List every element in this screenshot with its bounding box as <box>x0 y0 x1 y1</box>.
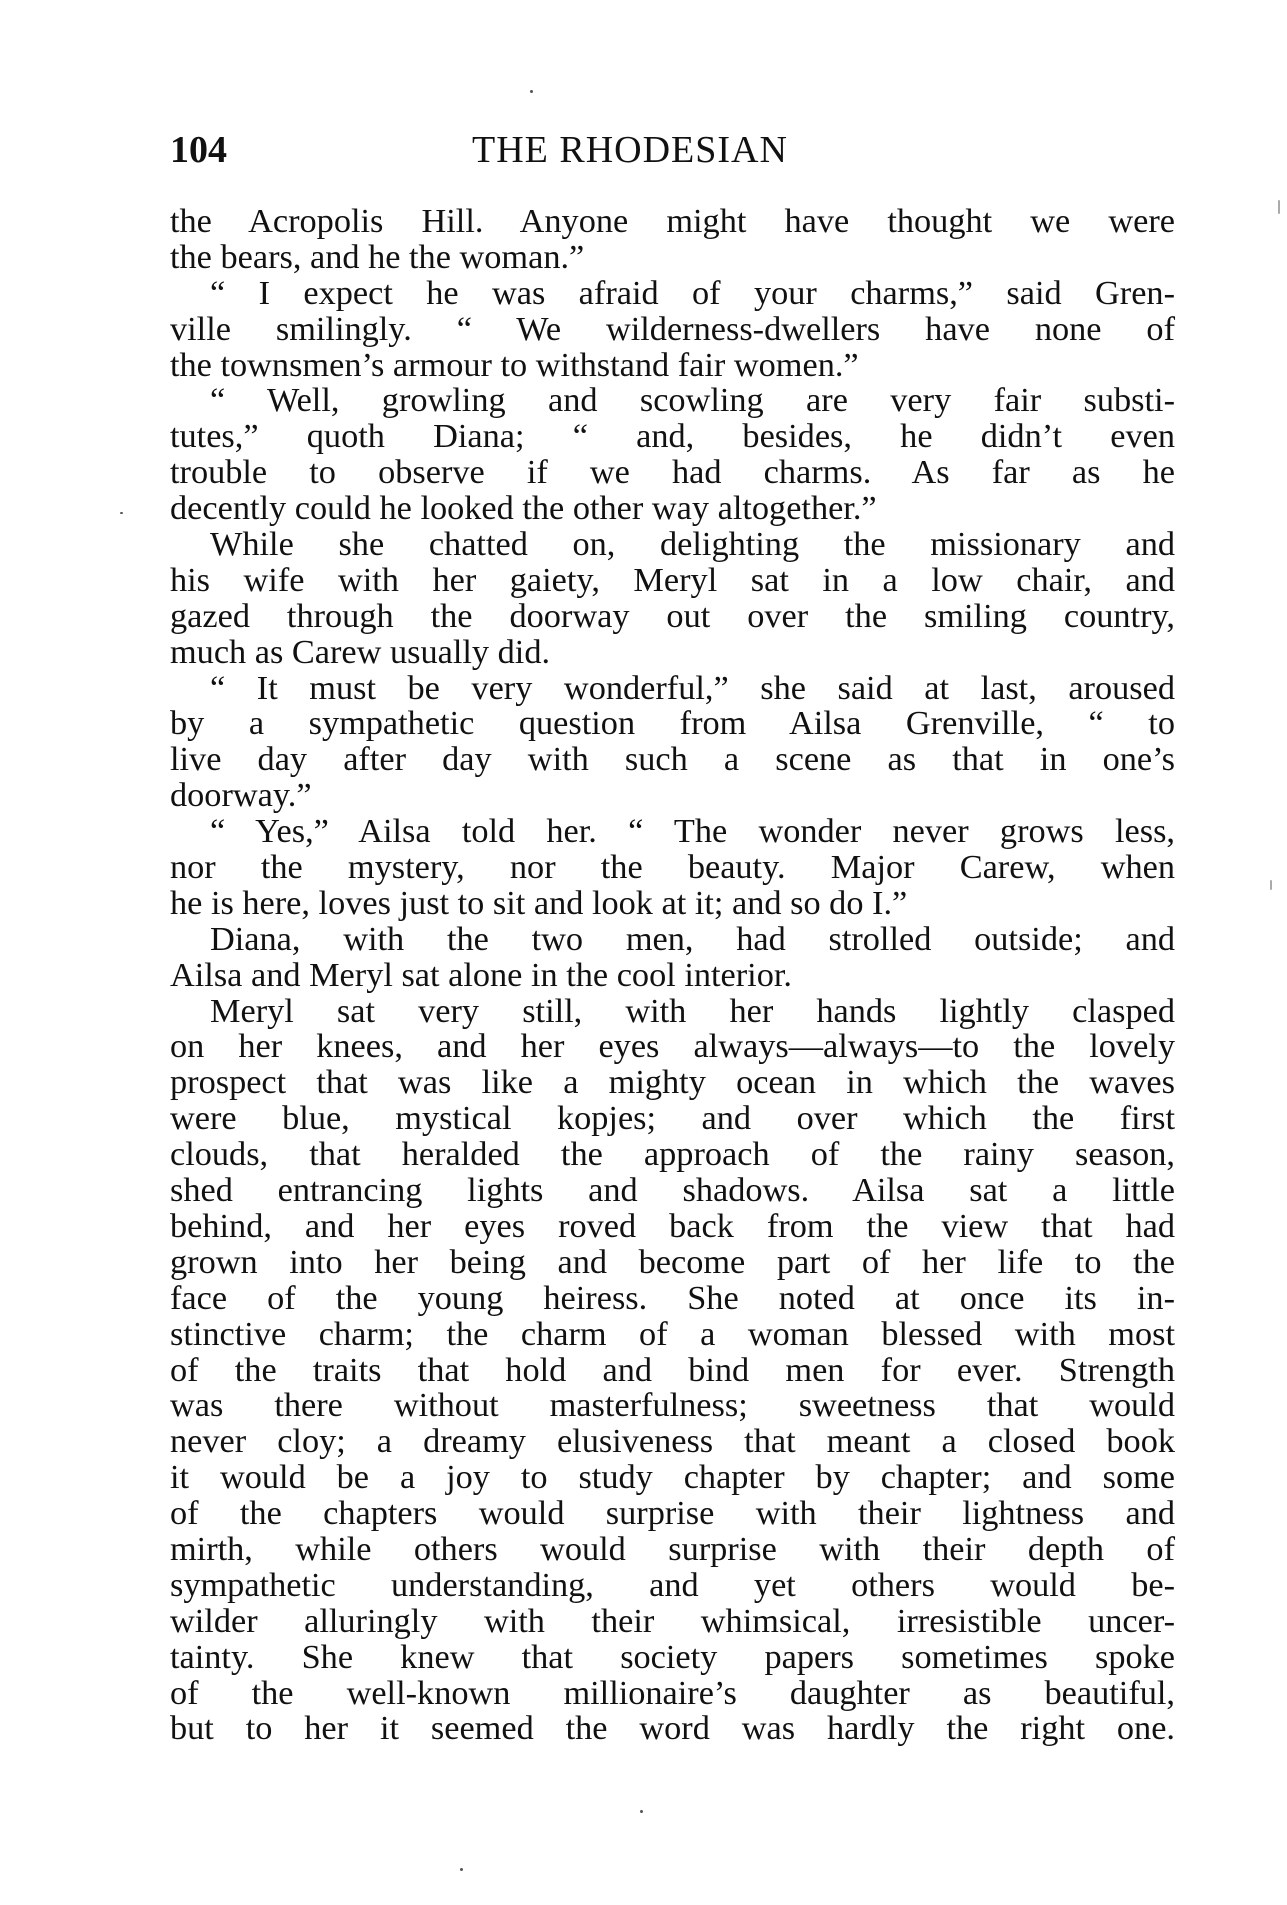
running-title: THE RHODESIAN <box>472 128 788 172</box>
text-line: ville smilingly. “ We wilderness-dweller… <box>170 312 1175 348</box>
text-line: tainty. She knew that society papers som… <box>170 1640 1175 1676</box>
text-line: were blue, mystical kopjes; and over whi… <box>170 1101 1175 1137</box>
text-line: shed entrancing lights and shadows. Ails… <box>170 1173 1175 1209</box>
text-line: decently could he looked the other way a… <box>170 491 1175 527</box>
text-line: his wife with her gaiety, Meryl sat in a… <box>170 563 1175 599</box>
text-line: by a sympathetic question from Ailsa Gre… <box>170 706 1175 742</box>
text-line: tutes,” quoth Diana; “ and, besides, he … <box>170 419 1175 455</box>
text-line: the Acropolis Hill. Anyone might have th… <box>170 204 1175 240</box>
text-line: it would be a joy to study chapter by ch… <box>170 1460 1175 1496</box>
text-line: nor the mystery, nor the beauty. Major C… <box>170 850 1175 886</box>
text-line: wilder alluringly with their whimsical, … <box>170 1604 1175 1640</box>
text-line: clouds, that heralded the approach of th… <box>170 1137 1175 1173</box>
text-line: of the chapters would surprise with thei… <box>170 1496 1175 1532</box>
scan-speck <box>530 90 533 93</box>
text-line: on her knees, and her eyes always—always… <box>170 1029 1175 1065</box>
text-line: he is here, loves just to sit and look a… <box>170 886 1175 922</box>
text-line: face of the young heiress. She noted at … <box>170 1281 1175 1317</box>
text-line: stinctive charm; the charm of a woman bl… <box>170 1317 1175 1353</box>
scan-speck <box>1270 880 1272 890</box>
text-line: sympathetic understanding, and yet other… <box>170 1568 1175 1604</box>
body-text: the Acropolis Hill. Anyone might have th… <box>170 204 1175 1747</box>
text-line: behind, and her eyes roved back from the… <box>170 1209 1175 1245</box>
running-head: 104 THE RHODESIAN <box>170 128 1175 172</box>
scan-speck <box>1278 200 1280 214</box>
text-line: the townsmen’s armour to withstand fair … <box>170 348 1175 384</box>
text-line: gazed through the doorway out over the s… <box>170 599 1175 635</box>
text-line: live day after day with such a scene as … <box>170 742 1175 778</box>
text-line: much as Carew usually did. <box>170 635 1175 671</box>
text-line: Ailsa and Meryl sat alone in the cool in… <box>170 958 1175 994</box>
text-line: of the traits that hold and bind men for… <box>170 1353 1175 1389</box>
text-line: doorway.” <box>170 778 1175 814</box>
text-line: “ Well, growling and scowling are very f… <box>170 383 1175 419</box>
text-line: Diana, with the two men, had strolled ou… <box>170 922 1175 958</box>
text-line: “ It must be very wonderful,” she said a… <box>170 671 1175 707</box>
text-line: prospect that was like a mighty ocean in… <box>170 1065 1175 1101</box>
text-line: While she chatted on, delighting the mis… <box>170 527 1175 563</box>
text-line: but to her it seemed the word was hardly… <box>170 1711 1175 1747</box>
book-page: 104 THE RHODESIAN the Acropolis Hill. An… <box>0 0 1287 1905</box>
page-number: 104 <box>170 128 227 172</box>
text-line: Meryl sat very still, with her hands lig… <box>170 994 1175 1030</box>
text-line: of the well-known millionaire’s daughter… <box>170 1676 1175 1712</box>
text-line: mirth, while others would surprise with … <box>170 1532 1175 1568</box>
text-line: the bears, and he the woman.” <box>170 240 1175 276</box>
scan-speck <box>120 512 123 514</box>
text-line: was there without masterfulness; sweetne… <box>170 1388 1175 1424</box>
scan-speck <box>640 1810 643 1813</box>
scan-speck <box>460 1868 463 1871</box>
text-line: “ I expect he was afraid of your charms,… <box>170 276 1175 312</box>
text-line: “ Yes,” Ailsa told her. “ The wonder nev… <box>170 814 1175 850</box>
text-line: trouble to observe if we had charms. As … <box>170 455 1175 491</box>
text-line: grown into her being and become part of … <box>170 1245 1175 1281</box>
text-line: never cloy; a dreamy elusiveness that me… <box>170 1424 1175 1460</box>
